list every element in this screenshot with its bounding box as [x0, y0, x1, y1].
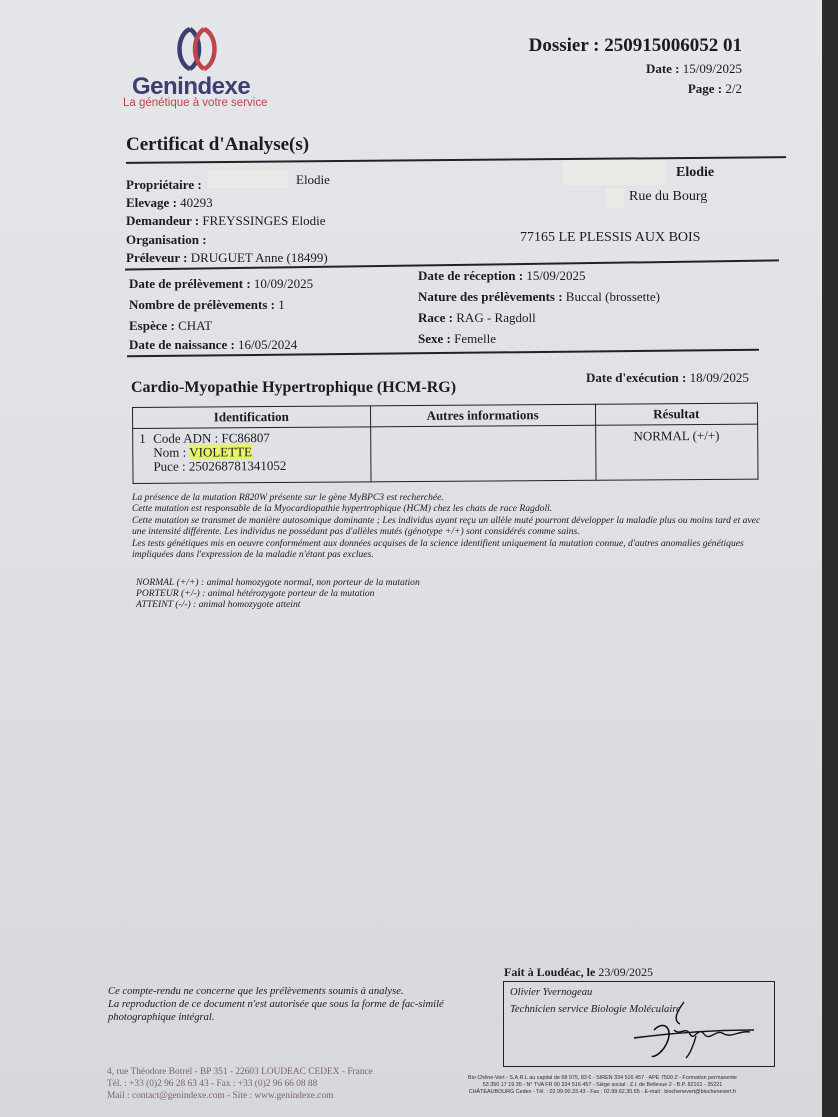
espece-field: Espèce : CHAT	[129, 318, 212, 334]
nature-prelevements-field: Nature des prélèvements : Buccal (brosse…	[418, 289, 660, 305]
table-row: 1 Code ADN : FC86807 Nom : VIOLETTE Puce…	[133, 424, 758, 483]
redaction	[563, 161, 665, 185]
column-header: Autres informations	[370, 404, 595, 427]
column-header: Identification	[133, 406, 371, 429]
column-header: Résultat	[595, 403, 758, 425]
demandeur-field: Demandeur : FREYSSINGES Elodie	[126, 213, 325, 229]
result-legend: NORMAL (+/+) : animal homozygote normal,…	[136, 577, 420, 611]
divider	[126, 156, 786, 164]
page-title: Certificat d'Analyse(s)	[126, 134, 309, 156]
preleveur-field: Préleveur : DRUGUET Anne (18499)	[126, 250, 328, 266]
resultat-cell: NORMAL (+/+)	[595, 424, 758, 480]
brand-tagline: La génétique à votre service	[123, 97, 267, 109]
signature-box: Olivier Yvernogeau Technicien service Bi…	[503, 981, 775, 1067]
identification-cell: 1 Code ADN : FC86807 Nom : VIOLETTE Puce…	[133, 427, 371, 484]
footer-address: 4, rue Théodore Botrel - BP 351 - 22603 …	[107, 1066, 373, 1102]
footer-corporate: Bio Chêne-Vert - S.A.R.L au capital de 6…	[430, 1075, 775, 1097]
sexe-field: Sexe : Femelle	[418, 331, 496, 347]
address-street: Rue du Bourg	[629, 189, 707, 205]
place-date: Fait à Loudéac, le 23/09/2025	[504, 965, 653, 980]
address-city: 77165 LE PLESSIS AUX BOIS	[520, 230, 700, 246]
nombre-prelevements-field: Nombre de prélèvements : 1	[129, 297, 285, 313]
date-reception-field: Date de réception : 15/09/2025	[418, 268, 586, 284]
date-naissance-field: Date de naissance : 16/05/2024	[129, 337, 297, 353]
signatory-name: Olivier Yvernogeau	[510, 987, 592, 998]
puce-number: Puce : 250268781341052	[153, 459, 286, 474]
redaction	[208, 170, 288, 188]
address-name: Elodie	[676, 165, 714, 181]
results-table: Identification Autres informations Résul…	[132, 403, 759, 484]
signature-icon	[624, 1000, 764, 1062]
genindexe-logo: Genindexe La génétique à votre service	[120, 25, 290, 115]
redaction	[606, 188, 624, 208]
execution-date: Date d'exécution : 18/09/2025	[586, 370, 749, 386]
analysis-notes: La présence de la mutation R820W présent…	[132, 492, 772, 560]
proprietaire-field: Propriétaire :	[126, 177, 202, 193]
elevage-field: Elevage : 40293	[126, 195, 213, 211]
page-number: Page : 2/2	[688, 81, 742, 97]
date-prelevement-field: Date de prélèvement : 10/09/2025	[129, 276, 313, 292]
organisation-field: Organisation :	[126, 232, 207, 248]
proprietaire-value: Elodie	[296, 172, 330, 188]
dna-logo-icon	[168, 25, 228, 73]
disclaimer: Ce compte-rendu ne concerne que les prél…	[108, 985, 444, 1025]
dossier-number: Dossier : 250915006052 01	[529, 35, 742, 57]
race-field: Race : RAG - Ragdoll	[418, 310, 536, 326]
document-page: Genindexe La génétique à votre service D…	[0, 0, 822, 1117]
document-date: Date : 15/09/2025	[646, 61, 742, 77]
analysis-title: Cardio-Myopathie Hypertrophique (HCM-RG)	[131, 379, 456, 397]
autres-informations-cell	[370, 425, 595, 482]
